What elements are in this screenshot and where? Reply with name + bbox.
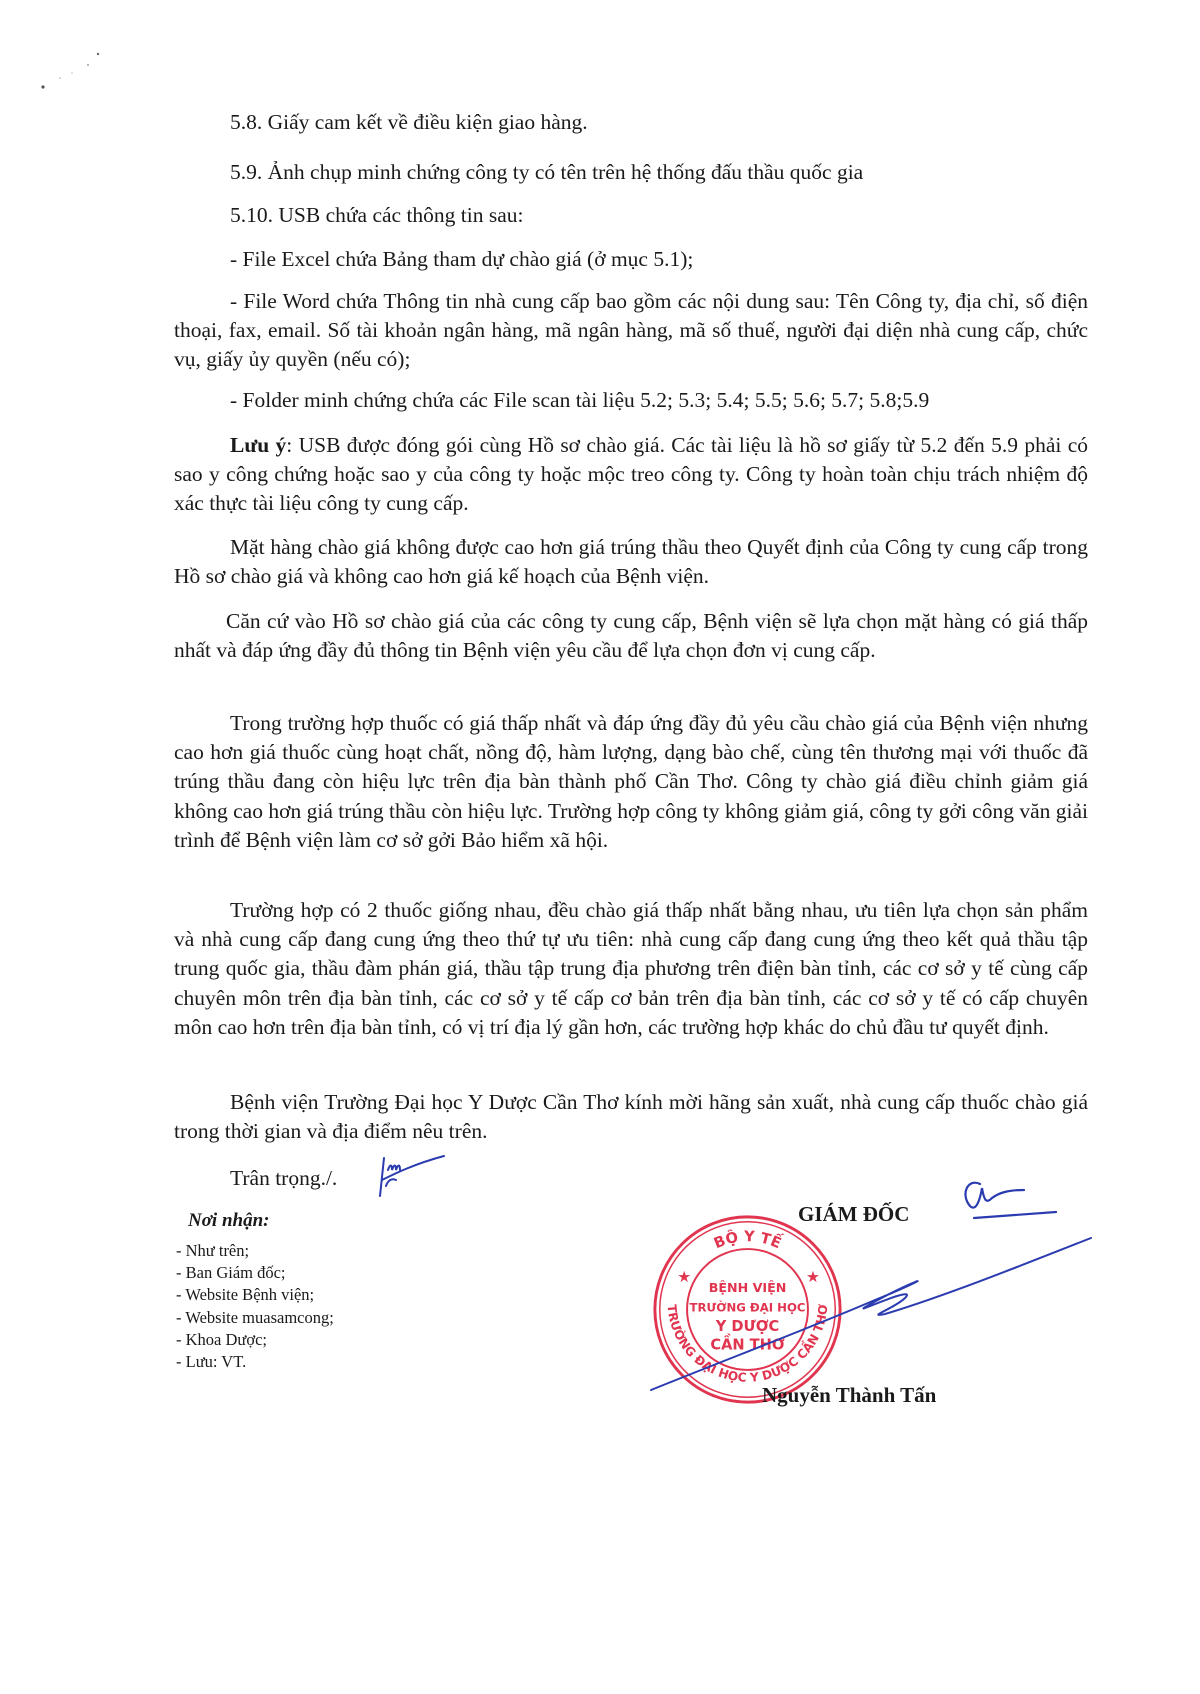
paragraph-price-ceiling: Mặt hàng chào giá không được cao hơn giá… <box>174 533 1088 591</box>
recipient-item: - Ban Giám đốc; <box>176 1262 334 1284</box>
document-page: 5.8. Giấy cam kết về điều kiện giao hàng… <box>0 0 1200 1694</box>
paragraph-selection-basis: Căn cứ vào Hồ sơ chào giá của các công t… <box>174 607 1088 665</box>
item-5-8: 5.8. Giấy cam kết về điều kiện giao hàng… <box>230 108 588 137</box>
paragraph-invitation: Bệnh viện Trường Đại học Y Dược Cần Thơ … <box>174 1088 1088 1146</box>
closing-text: Trân trọng./. <box>230 1166 337 1191</box>
note-paragraph: Lưu ý: USB được đóng gói cùng Hồ sơ chào… <box>174 431 1088 519</box>
recipient-item: - Như trên; <box>176 1240 334 1262</box>
paragraph-tie-priority: Trường hợp có 2 thuốc giống nhau, đều ch… <box>174 896 1088 1042</box>
item-5-9: 5.9. Ảnh chụp minh chứng công ty có tên … <box>230 158 863 187</box>
initial-signature-icon <box>374 1150 454 1202</box>
recipient-item: - Website muasamcong; <box>176 1307 334 1329</box>
usb-excel-file: - File Excel chứa Bảng tham dự chào giá … <box>230 245 693 274</box>
signatory-title: GIÁM ĐỐC <box>798 1202 909 1227</box>
recipient-item: - Lưu: VT. <box>176 1351 334 1373</box>
recipients-list: - Như trên; - Ban Giám đốc; - Website Bệ… <box>176 1240 334 1373</box>
director-initials-icon <box>950 1170 1060 1230</box>
director-signature-icon <box>645 1230 1095 1400</box>
scan-specks-decoration <box>30 35 110 95</box>
note-label: Lưu ý <box>230 433 286 457</box>
usb-evidence-folder: - Folder minh chứng chứa các File scan t… <box>230 386 929 415</box>
recipients-title: Nơi nhận: <box>188 1210 269 1232</box>
usb-word-file: - File Word chứa Thông tin nhà cung cấp … <box>174 287 1088 375</box>
item-5-10: 5.10. USB chứa các thông tin sau: <box>230 201 524 230</box>
recipient-item: - Khoa Dược; <box>176 1329 334 1351</box>
signatory-name: Nguyễn Thành Tấn <box>762 1383 936 1408</box>
recipient-item: - Website Bệnh viện; <box>176 1284 334 1306</box>
paragraph-price-adjustment: Trong trường hợp thuốc có giá thấp nhất … <box>174 709 1088 855</box>
note-text: : USB được đóng gói cùng Hồ sơ chào giá.… <box>174 433 1088 515</box>
